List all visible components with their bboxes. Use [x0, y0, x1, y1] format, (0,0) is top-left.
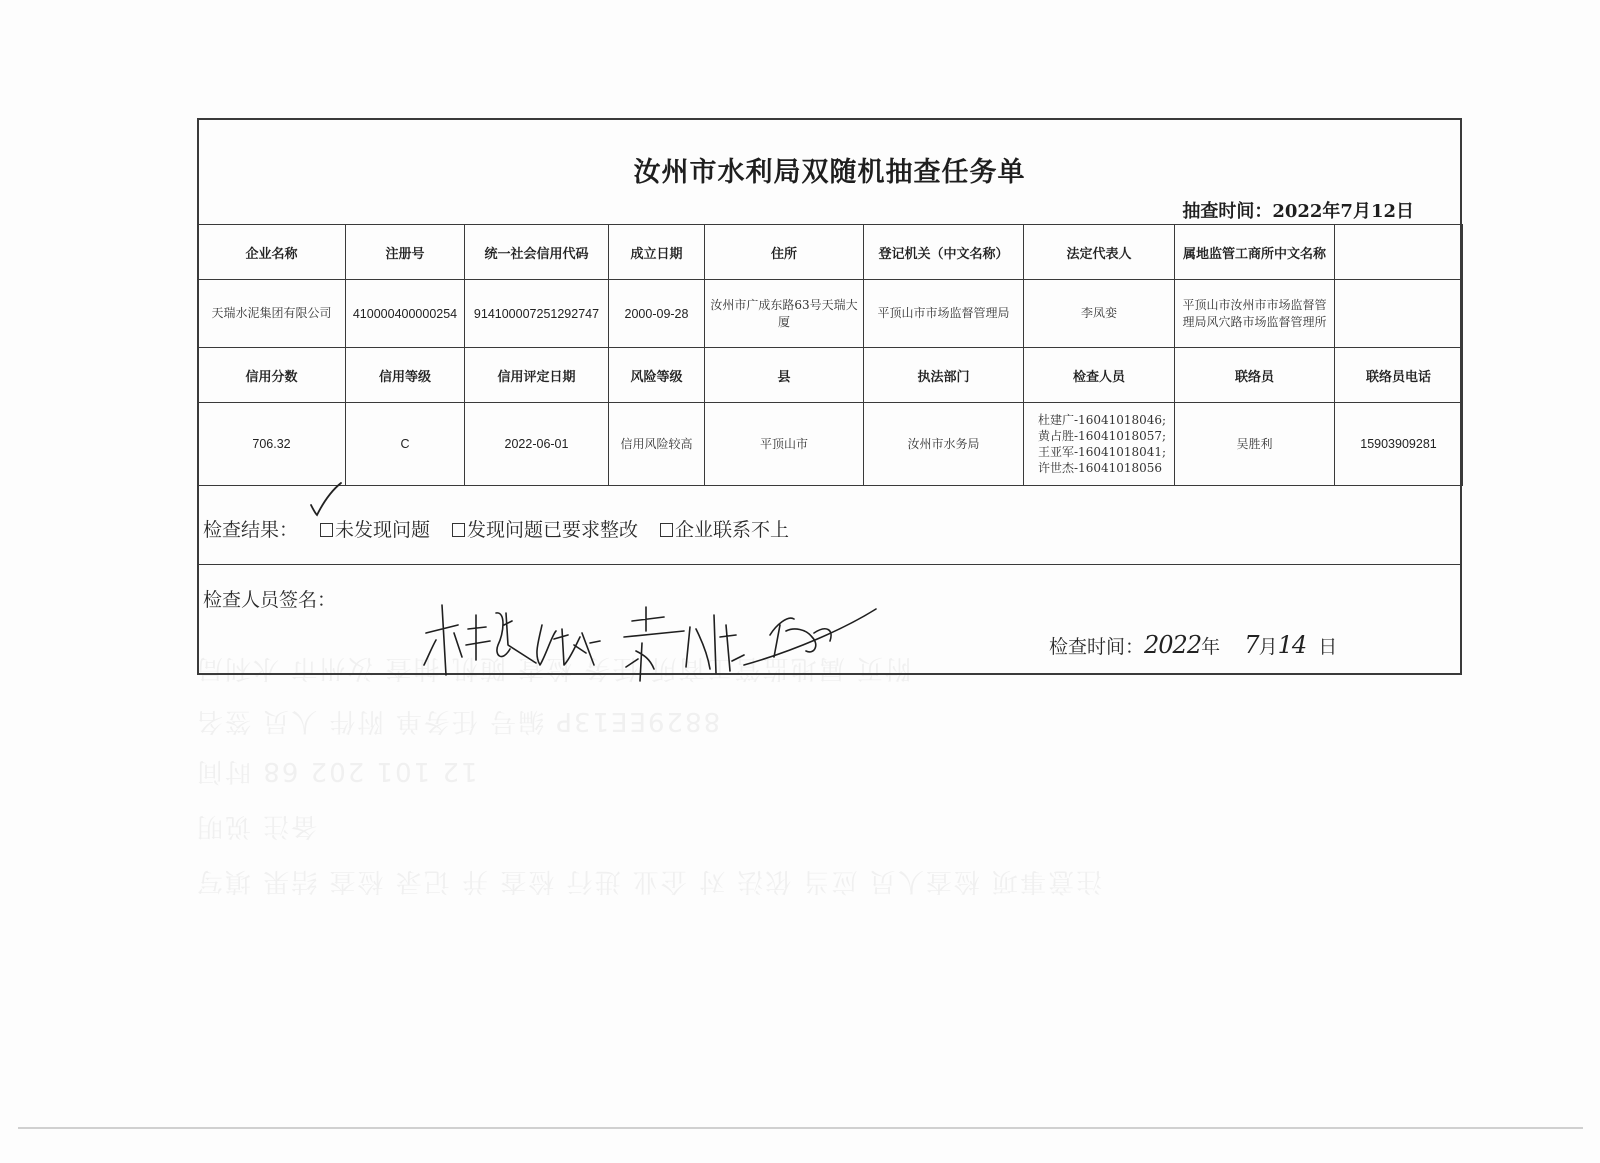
empty-cell — [1335, 280, 1463, 348]
option-label: 未发现问题 — [335, 519, 430, 541]
result-label: 检查结果： — [203, 519, 298, 541]
sample-date-value: 2022年7月12日 — [1272, 201, 1414, 222]
option-unreachable[interactable]: 企业联系不上 — [660, 519, 789, 541]
inspector-entry: 杜建广-16041018046; — [1038, 412, 1170, 428]
local-supervision-office: 平顶山市汝州市市场监督管理局风穴路市场监督管理所 — [1175, 280, 1335, 348]
inspection-date: 检查时间：2022年 7月14 日 — [1049, 631, 1337, 659]
page-edge-rule — [18, 1127, 1583, 1129]
inspector-entry: 王亚军-16041018041; — [1038, 444, 1170, 460]
bleed-text-line: 8829EE13P 编号 任务单 附件 人员 签名 — [195, 705, 720, 742]
handwritten-signatures-icon — [414, 585, 1014, 695]
handwritten-month: 7 — [1244, 631, 1258, 659]
inspection-date-label: 检查时间： — [1049, 636, 1144, 658]
credit-eval-date: 2022-06-01 — [465, 403, 609, 486]
header-cell: 风险等级 — [609, 348, 705, 403]
values-row-1: 天瑞水泥集团有限公司 410000400000254 9141000072512… — [198, 280, 1463, 348]
option-label: 发现问题已要求整改 — [467, 519, 638, 541]
inspector-entry: 许世杰-16041018056 — [1038, 460, 1170, 476]
registration-authority: 平顶山市市场监督管理局 — [864, 280, 1024, 348]
day-suffix: 日 — [1318, 636, 1337, 658]
liaison-phone: 15903909281 — [1335, 403, 1463, 486]
registration-number: 410000400000254 — [346, 280, 465, 348]
legal-representative: 李凤娈 — [1024, 280, 1175, 348]
signature-label: 检查人员签名： — [203, 585, 336, 612]
header-cell — [1335, 225, 1463, 280]
header-row-2: 信用分数 信用等级 信用评定日期 风险等级 县 执法部门 检查人员 联络员 联络… — [198, 348, 1463, 403]
established-date: 2000-09-28 — [609, 280, 705, 348]
county: 平顶山市 — [705, 403, 864, 486]
liaison: 吴胜利 — [1175, 403, 1335, 486]
header-cell: 联络员 — [1175, 348, 1335, 403]
header-cell: 统一社会信用代码 — [465, 225, 609, 280]
credit-code: 914100007251292747 — [465, 280, 609, 348]
header-row-1: 企业名称 注册号 统一社会信用代码 成立日期 住所 登记机关（中文名称） 法定代… — [198, 225, 1463, 280]
option-label: 企业联系不上 — [675, 519, 789, 541]
inspectors-list: 杜建广-16041018046; 黄占胜-16041018057; 王亚军-16… — [1024, 403, 1175, 486]
sample-date: 抽查时间：2022年7月12日 — [1182, 197, 1414, 223]
header-cell: 执法部门 — [864, 348, 1024, 403]
year-suffix: 年 — [1201, 636, 1220, 658]
handwritten-day: 14 — [1278, 631, 1307, 659]
task-form: 汝州市水利局双随机抽查任务单 抽查时间：2022年7月12日 企业名称 注册号 … — [197, 118, 1462, 675]
header-cell: 县 — [705, 348, 864, 403]
month-suffix: 月 — [1259, 636, 1278, 658]
risk-level: 信用风险较高 — [609, 403, 705, 486]
header-cell: 检查人员 — [1024, 348, 1175, 403]
header-cell: 法定代表人 — [1024, 225, 1175, 280]
header-cell: 联络员电话 — [1335, 348, 1463, 403]
option-no-issue[interactable]: 未发现问题 — [320, 519, 430, 541]
header-cell: 注册号 — [346, 225, 465, 280]
enforcement-department: 汝州市水务局 — [864, 403, 1024, 486]
address: 汝州市广成东路63号天瑞大厦 — [705, 280, 864, 348]
sample-date-label: 抽查时间： — [1182, 201, 1272, 222]
result-options: 检查结果：未发现问题发现问题已要求整改企业联系不上 — [203, 515, 789, 542]
document-title: 汝州市水利局双随机抽查任务单 — [199, 150, 1460, 189]
inspection-result-row: 检查结果：未发现问题发现问题已要求整改企业联系不上 — [199, 487, 1460, 565]
values-row-2: 706.32 C 2022-06-01 信用风险较高 平顶山市 汝州市水务局 杜… — [198, 403, 1463, 486]
header-cell: 成立日期 — [609, 225, 705, 280]
bleed-text-line: 备注 说明 — [195, 810, 317, 847]
company-name: 天瑞水泥集团有限公司 — [198, 280, 346, 348]
header-cell: 住所 — [705, 225, 864, 280]
header-cell: 信用分数 — [198, 348, 346, 403]
inspector-entry: 黄占胜-16041018057; — [1038, 428, 1170, 444]
checkbox-checked-icon[interactable] — [320, 523, 333, 537]
bleed-text-line: 12 101 202 68 时间 — [195, 755, 477, 792]
checkbox-icon[interactable] — [452, 523, 465, 537]
enterprise-info-table: 企业名称 注册号 统一社会信用代码 成立日期 住所 登记机关（中文名称） 法定代… — [197, 224, 1463, 486]
credit-score: 706.32 — [198, 403, 346, 486]
header-cell: 信用评定日期 — [465, 348, 609, 403]
checkbox-icon[interactable] — [660, 523, 673, 537]
header-cell: 信用等级 — [346, 348, 465, 403]
header-cell: 属地监管工商所中文名称 — [1175, 225, 1335, 280]
option-issue-rectified[interactable]: 发现问题已要求整改 — [452, 519, 638, 541]
handwritten-year: 2022 — [1144, 631, 1201, 659]
credit-level: C — [346, 403, 465, 486]
bleed-text-line: 注意事项 检查人员 应当 依法 对 企业 进行 检查 并 记录 检查 结果 填写 — [195, 865, 1102, 902]
header-cell: 企业名称 — [198, 225, 346, 280]
signature-row: 检查人员签名： 检查时间：2022年 7月14 日 — [199, 565, 1460, 675]
header-cell: 登记机关（中文名称） — [864, 225, 1024, 280]
